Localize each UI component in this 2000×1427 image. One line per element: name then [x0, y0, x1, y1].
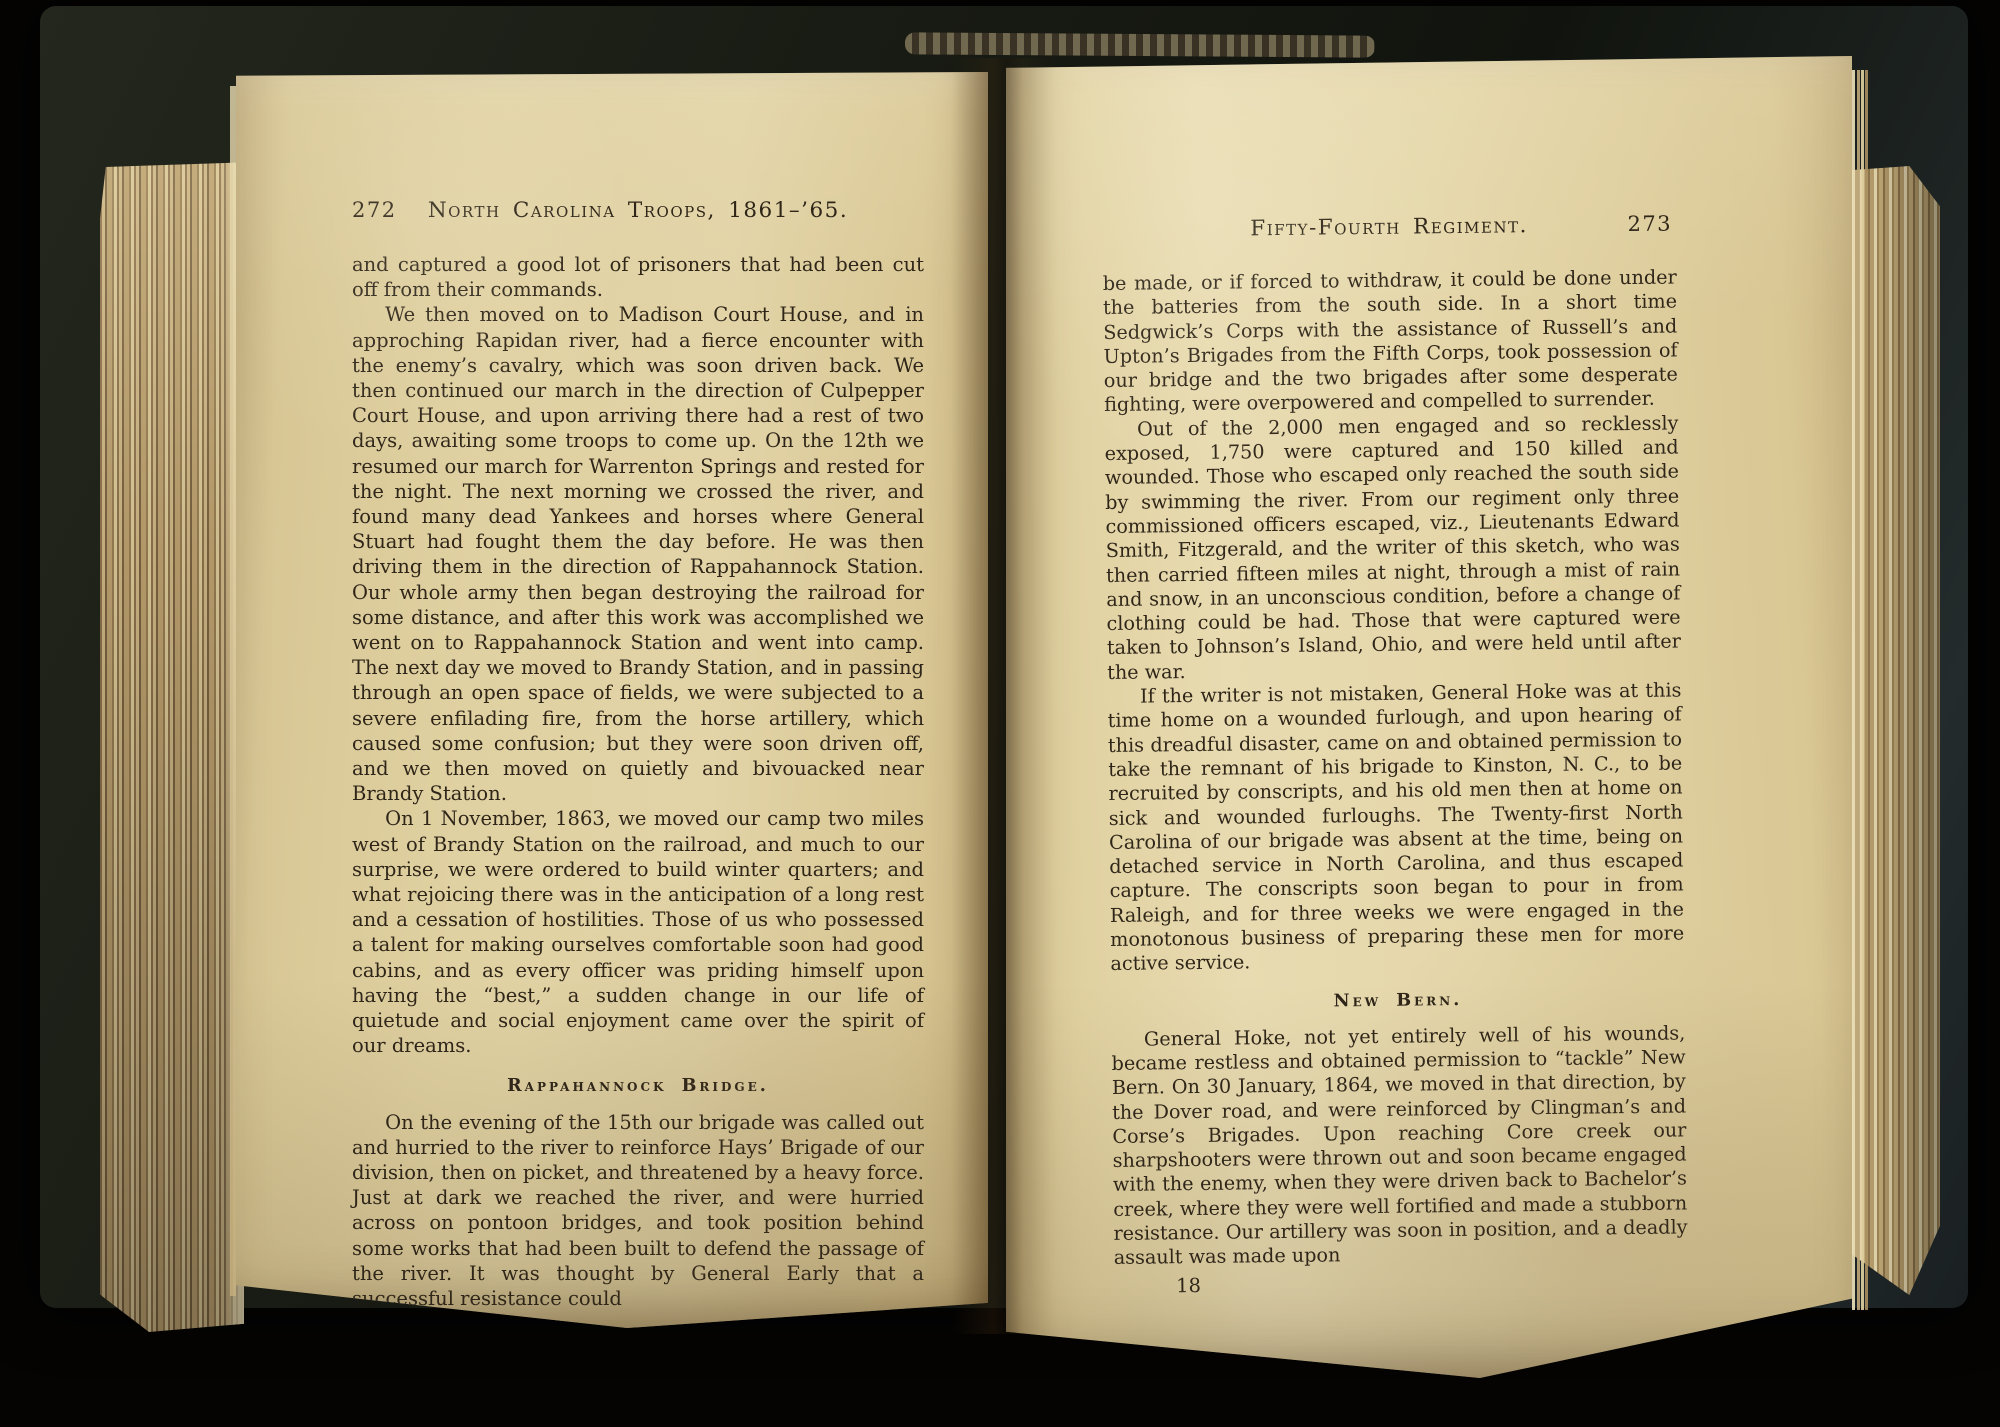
left-page-header: 272 North Carolina Troops, 1861–’65. [352, 198, 924, 230]
right-running-title: Fifty-Fourth Regiment. [1102, 211, 1676, 243]
body-paragraph: General Hoke, not yet entirely well of h… [1111, 1021, 1688, 1270]
left-page-text-block: 272 North Carolina Troops, 1861–’65. and… [352, 198, 924, 1311]
section-heading-rappahannock-bridge: Rappahannock Bridge. [352, 1076, 924, 1096]
body-paragraph: and captured a good lot of prisoners tha… [352, 252, 924, 302]
body-paragraph: On 1 November, 1863, we moved our camp t… [352, 806, 924, 1058]
left-page-fore-edge [100, 160, 244, 1332]
right-page-text-block: Fifty-Fourth Regiment. 273 be made, or i… [1102, 211, 1688, 1297]
body-paragraph: be made, or if forced to withdraw, it co… [1103, 265, 1679, 417]
left-page: 272 North Carolina Troops, 1861–’65. and… [236, 72, 988, 1328]
book-photograph: 272 North Carolina Troops, 1861–’65. and… [0, 0, 2000, 1427]
right-page-header: Fifty-Fourth Regiment. 273 [1102, 211, 1676, 250]
right-page-number: 273 [1627, 212, 1672, 237]
right-page: Fifty-Fourth Regiment. 273 be made, or i… [1006, 56, 1852, 1378]
section-heading-new-bern: New Bern. [1111, 987, 1685, 1014]
body-paragraph: Out of the 2,000 men engaged and so reck… [1104, 411, 1681, 685]
body-paragraph: We then moved on to Madison Court House,… [352, 302, 924, 806]
body-paragraph: On the evening of the 15th our brigade w… [352, 1110, 924, 1312]
body-paragraph: If the writer is not mistaken, General H… [1107, 679, 1684, 977]
left-page-number: 272 [352, 198, 397, 222]
book-headband [905, 32, 1375, 57]
right-page-fore-edge [1844, 166, 1940, 1324]
signature-number: 18 [1176, 1268, 1688, 1297]
right-sheet-edges [1852, 70, 1855, 1310]
left-running-title: North Carolina Troops, 1861–’65. [352, 198, 924, 223]
left-sheet-edges [230, 86, 236, 1296]
